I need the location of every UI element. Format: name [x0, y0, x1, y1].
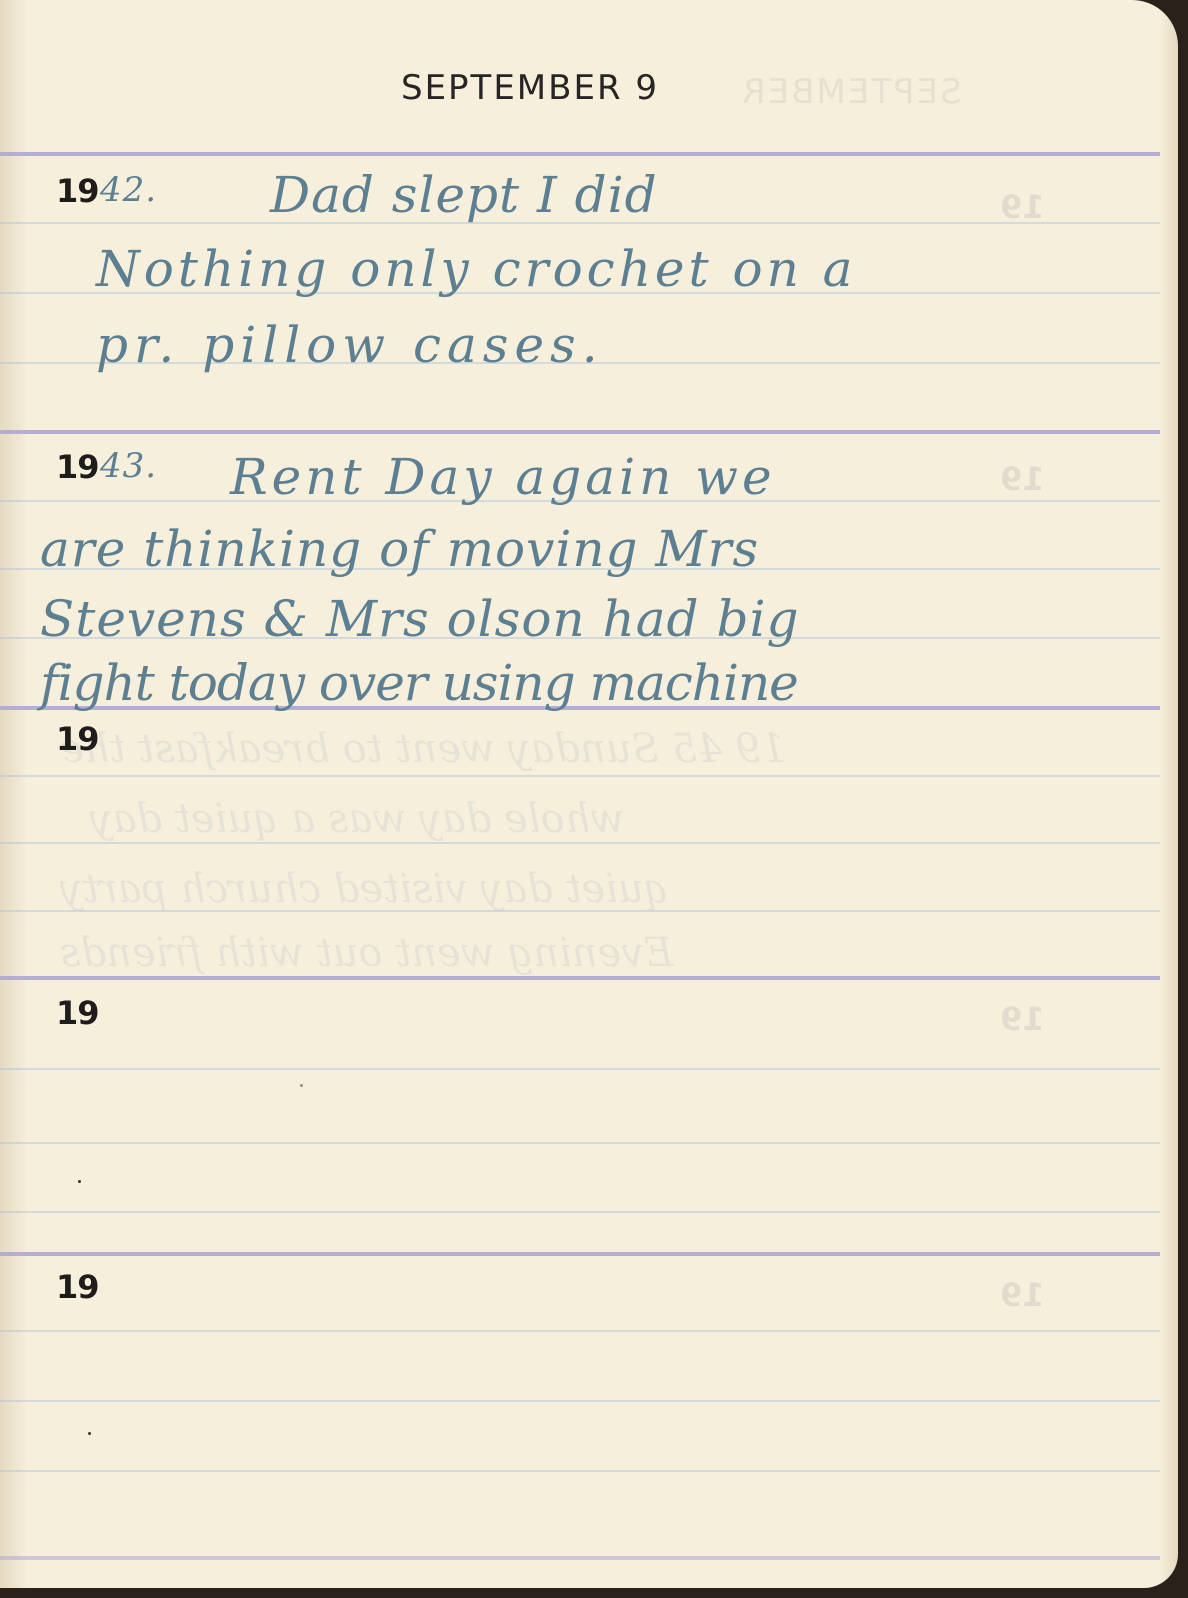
year-prefix: 19	[56, 1268, 99, 1306]
entry-line: are thinking of moving Mrs	[40, 520, 759, 578]
entry-line: pr. pillow cases.	[96, 316, 604, 374]
writing-line	[0, 1330, 1160, 1332]
year-prefix: 19	[56, 994, 99, 1032]
page-title: SEPTEMBER 9	[0, 68, 1060, 108]
entry-line: fight today over using machine	[40, 654, 798, 712]
section-rule	[0, 152, 1160, 156]
entry-line: Dad slept I did	[270, 166, 658, 224]
entry-line: Nothing only crochet on a	[96, 240, 856, 298]
bleed-through-year: 19	[1000, 460, 1045, 498]
section-rule	[0, 430, 1160, 434]
diary-page: SEPTEMBER SEPTEMBER 9 19 19 19 19 19 45 …	[0, 0, 1178, 1588]
section-rule	[0, 976, 1160, 980]
writing-line	[0, 1470, 1160, 1472]
bleed-through-year: 19	[1000, 1276, 1045, 1314]
bleed-through-line: whole day was a quiet day	[90, 796, 625, 842]
bleed-through-line: 19 45 Sunday went to breakfast the	[60, 726, 786, 772]
entry-line: Stevens & Mrs olson had big	[40, 590, 799, 648]
section-rule	[0, 1556, 1160, 1560]
bleed-through-line: quiet day visited church party	[60, 866, 669, 912]
writing-line	[0, 1142, 1160, 1144]
paper-speck	[88, 1432, 91, 1435]
section-rule	[0, 1252, 1160, 1256]
writing-line	[0, 842, 1160, 844]
writing-line	[0, 1211, 1160, 1213]
year-suffix-handwritten: 43.	[100, 446, 157, 486]
bleed-through-year: 19	[1000, 1000, 1045, 1038]
writing-line	[0, 1400, 1160, 1402]
bleed-through-line: Evening went out with friends	[60, 930, 673, 976]
bleed-through-year: 19	[1000, 188, 1045, 226]
paper-speck	[300, 1084, 303, 1087]
year-suffix-handwritten: 42.	[100, 170, 157, 210]
year-prefix: 19	[56, 172, 99, 210]
entry-line: Rent Day again we	[230, 448, 776, 506]
paper-speck	[78, 1180, 81, 1183]
year-prefix: 19	[56, 448, 99, 486]
writing-line	[0, 775, 1160, 777]
writing-line	[0, 1068, 1160, 1070]
year-prefix: 19	[56, 720, 99, 758]
